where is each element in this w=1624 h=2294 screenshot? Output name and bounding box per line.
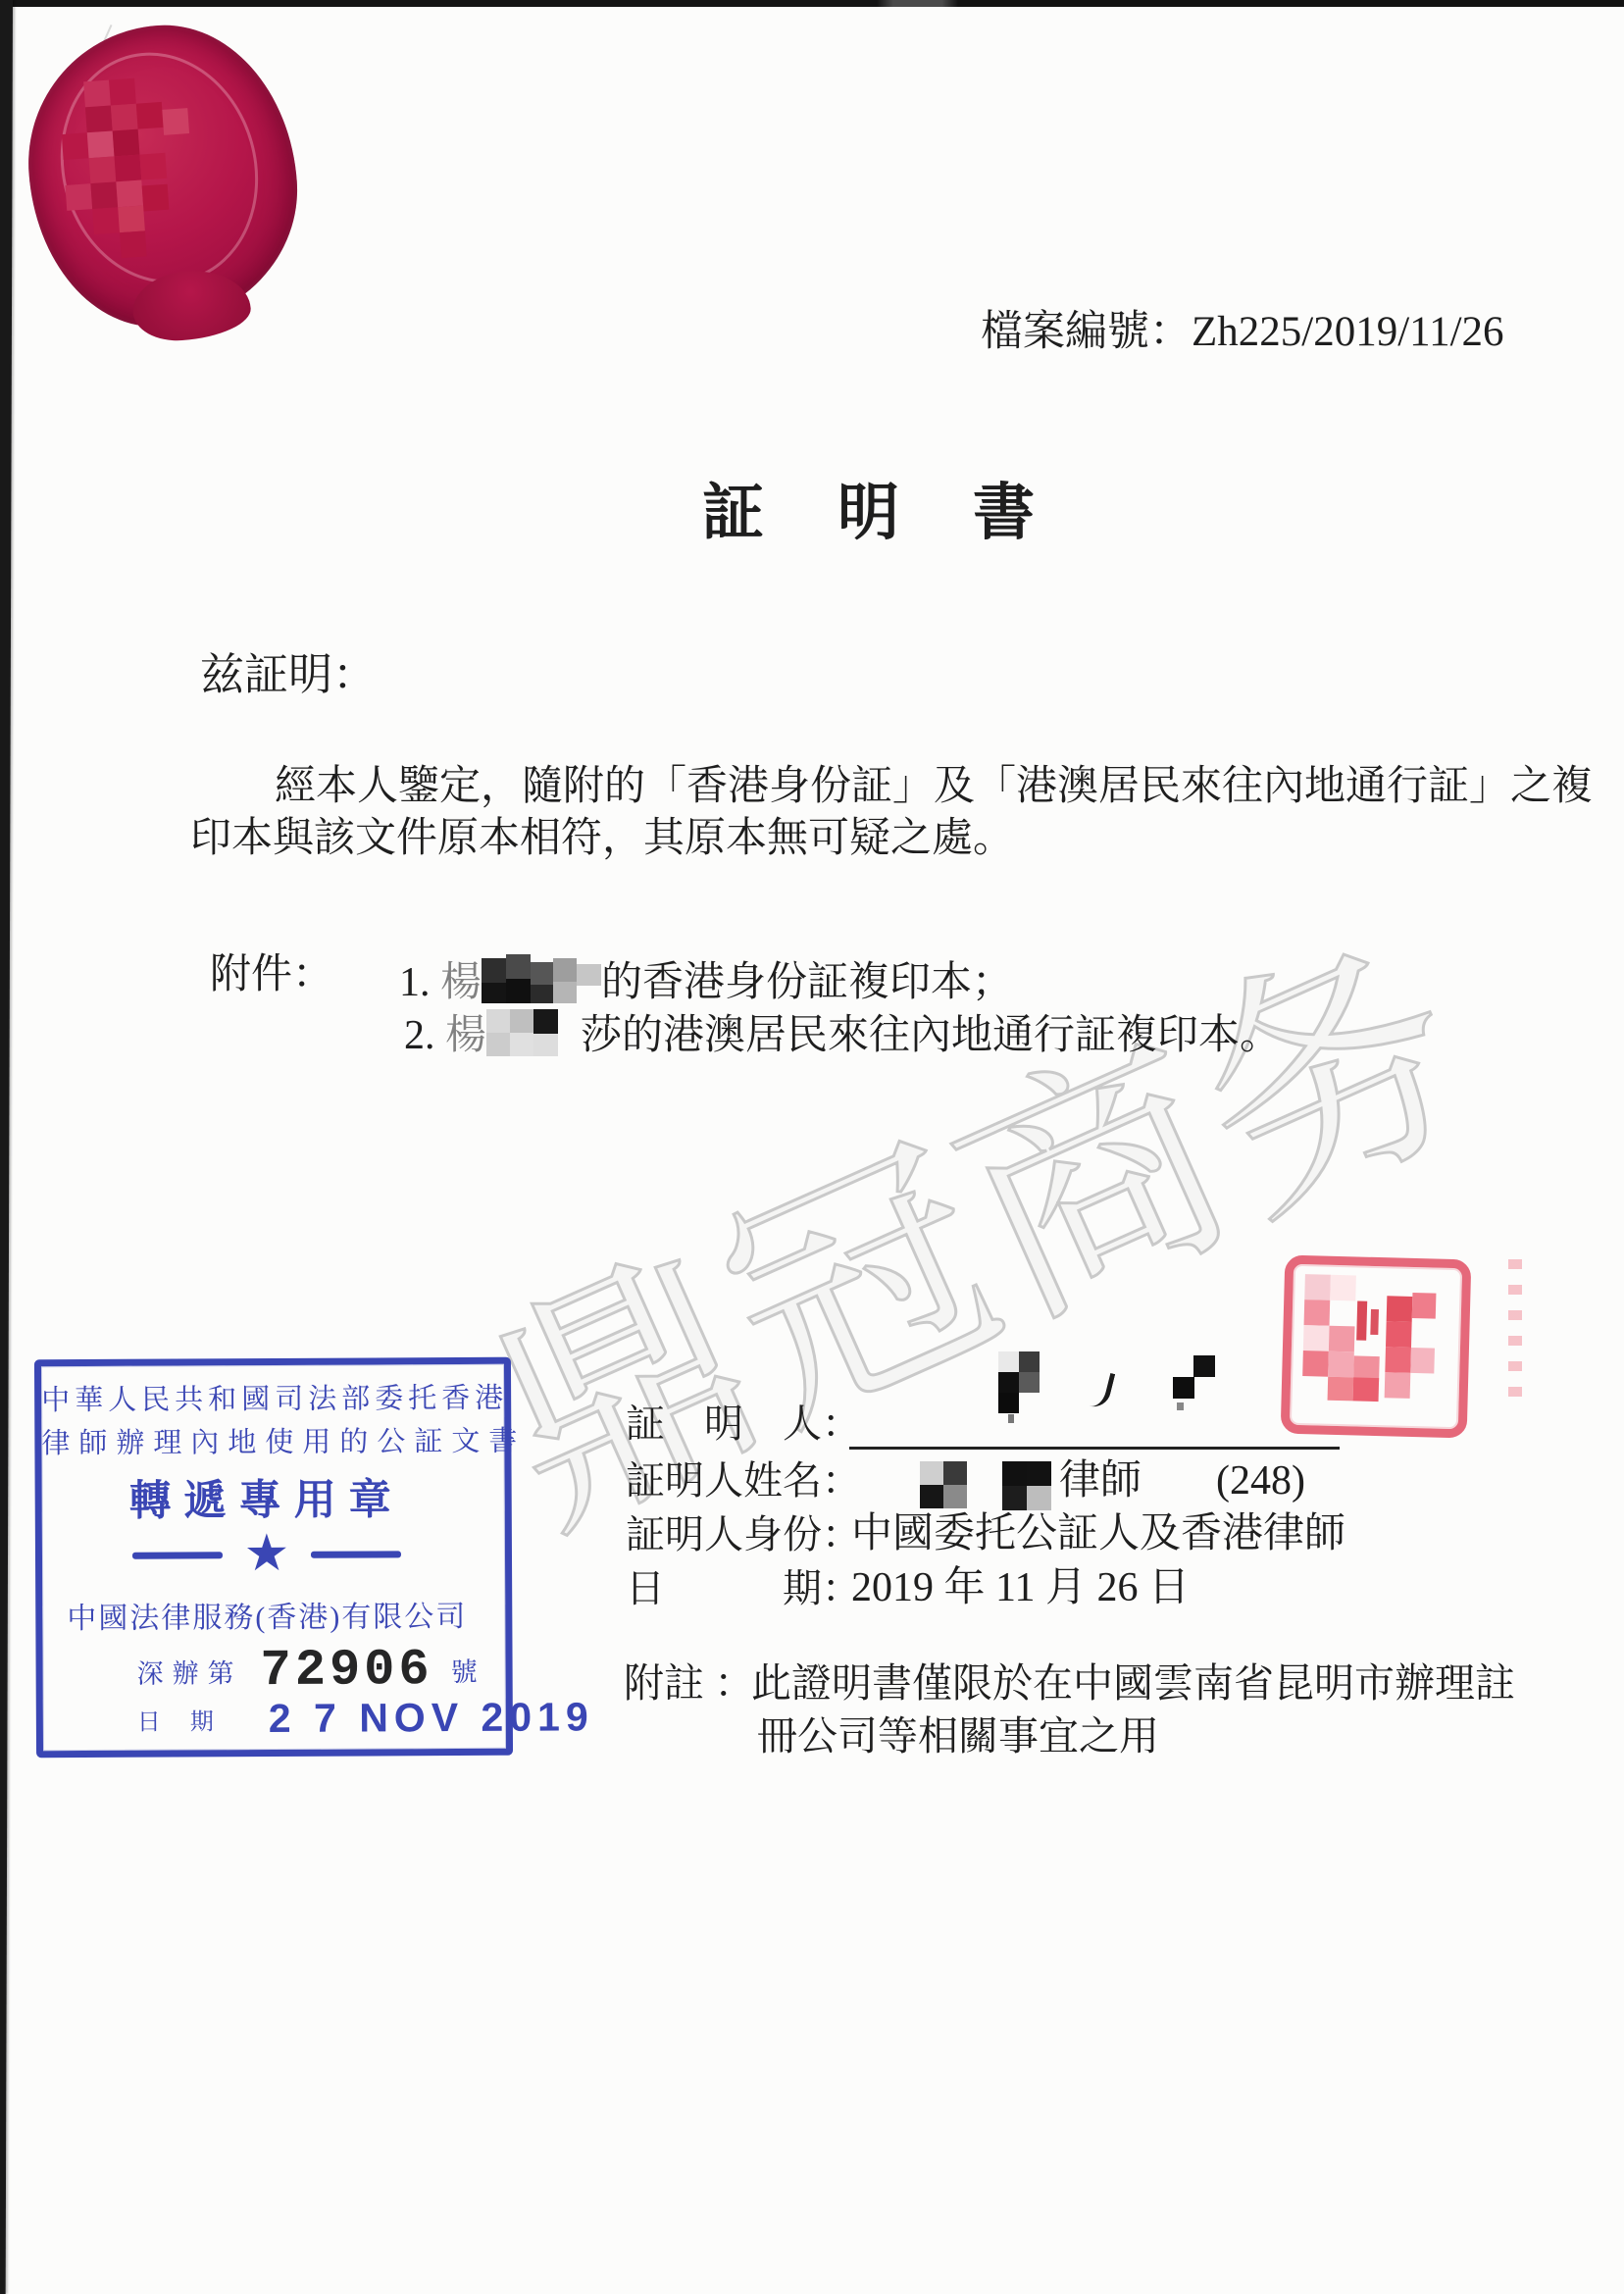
attachment-1-name-redaction <box>482 954 601 1003</box>
blue-stamp-star-row: ★ <box>42 1527 491 1582</box>
note-line-2: 冊公司等相關事宜之用 <box>757 1712 1159 1759</box>
identity-label: 証明人身份： <box>626 1511 861 1557</box>
scan-edge-top <box>0 0 1624 7</box>
scan-edge-left <box>0 0 13 2294</box>
note-label: 附註 ： <box>624 1659 754 1707</box>
red-chop-smudge <box>1508 1259 1522 1406</box>
wax-seal-redaction-pixel <box>109 78 136 106</box>
attachment-1-name-partial: 楊 <box>440 960 482 1005</box>
stamp-date-label: 日 期 <box>137 1702 226 1736</box>
serial-suffix: 號 <box>451 1650 478 1688</box>
attachment-2-name-redaction <box>486 1007 581 1056</box>
star-icon: ★ <box>244 1529 290 1580</box>
serial-prefix: 深辦第 <box>137 1652 243 1691</box>
body-line-2: 印本與該文件原本相符，其原本無可疑之處。 <box>190 805 1593 857</box>
wax-seal-redaction-pixel <box>87 130 115 158</box>
blue-stamp-serial-row: 深辦第 72906 號 <box>42 1641 491 1700</box>
name-redaction <box>920 1461 1057 1514</box>
identity-value: 中國委托公証人及香港律師 <box>851 1510 1345 1559</box>
blue-stamp-line-2: 律師辦理內地使用的公証文書 <box>41 1419 490 1461</box>
attachment-item-2: 2. 楊莎的港澳居民來往內地通行証複印本。 <box>404 1002 1281 1061</box>
certifier-label: 証 明 人： <box>626 1401 861 1447</box>
wax-seal-redaction-pixel <box>136 102 164 129</box>
star-left-bar <box>132 1552 223 1558</box>
wax-seal-redaction-pixel <box>89 156 117 183</box>
wax-seal-redaction-pixel <box>65 183 92 211</box>
blue-stamp-date-row: 日 期 2 7 NOV 2019 <box>43 1696 492 1741</box>
wax-seal-redaction-pixel <box>115 155 142 182</box>
signature-redaction-2 <box>1173 1355 1216 1414</box>
body-paragraph: 經本人鑒定，隨附的「香港身份証」及「港澳居民來往內地通行証」之複 印本與該文件原… <box>190 753 1593 857</box>
wax-seal-redaction-pixel <box>142 184 170 212</box>
name-value-number: (248) <box>1216 1457 1305 1506</box>
page-title: 証 明 書 <box>702 477 1040 549</box>
attachment-2-name-partial: 楊 <box>445 1013 486 1058</box>
wax-seal-redaction-pixel <box>162 108 189 135</box>
blue-stamp-heading: 轉遞專用章 <box>42 1466 491 1528</box>
wax-seal-redaction-pixel <box>90 181 118 209</box>
wax-seal-redaction-pixel <box>113 129 140 157</box>
wax-seal-redaction-pixel <box>92 207 120 234</box>
date-label: 日 期： <box>626 1565 861 1611</box>
attachment-2-number: 2. <box>404 1013 435 1058</box>
blue-stamp-company: 中國法律服務(香港)有限公司 <box>42 1592 491 1637</box>
wax-seal-redaction-pixel <box>139 153 167 180</box>
signature-redaction-1 <box>998 1351 1041 1416</box>
wax-seal-redaction-pixel <box>83 80 111 108</box>
body-line-1: 經本人鑒定，隨附的「香港身份証」及「港澳居民來往內地通行証」之複 <box>190 753 1593 805</box>
serial-number: 72906 <box>260 1641 432 1700</box>
attachment-2-name-visible: 莎 <box>581 1013 622 1058</box>
wax-seal-redaction-pixel <box>120 230 147 258</box>
scanned-certificate-page: 鼎冠商务 檔案編號：Zh225/2019/11/26 証 明 書 兹証明： 經本… <box>0 0 1624 2294</box>
signature-underline <box>849 1447 1340 1450</box>
wax-seal-redaction-pixel <box>116 180 143 208</box>
blue-transfer-stamp: 中華人民共和國司法部委托香港 律師辦理內地使用的公証文書 轉遞專用章 ★ 中國法… <box>34 1357 513 1759</box>
stamp-date-value: 2 7 NOV 2019 <box>269 1694 594 1742</box>
attachments-label: 附件： <box>210 951 333 1000</box>
blue-stamp-line-1: 中華人民共和國司法部委托香港 <box>41 1376 490 1418</box>
wax-seal-redaction-pixel <box>85 106 113 133</box>
attachment-item-1: 1. 楊的香港身份証複印本； <box>399 949 1013 1008</box>
attachment-1-number: 1. <box>399 960 431 1005</box>
file-number: 檔案編號：Zh225/2019/11/26 <box>981 308 1504 358</box>
name-value-title: 律師 <box>1059 1457 1142 1506</box>
star-right-bar <box>311 1551 401 1557</box>
wax-seal <box>20 17 307 334</box>
attachment-1-text: 的香港身份証複印本； <box>601 960 1013 1005</box>
signature-comma-stroke <box>1087 1369 1116 1410</box>
wax-seal-redaction-pixel <box>111 104 138 131</box>
wax-seal-redaction-pixel <box>118 205 145 232</box>
name-label: 証明人姓名： <box>626 1457 861 1504</box>
date-value: 2019 年 11 月 26 日 <box>851 1564 1190 1613</box>
wax-seal-redaction-pixel <box>62 132 89 160</box>
note-line-1: 此證明書僅限於在中國雲南省昆明市辦理註 <box>751 1659 1515 1707</box>
attachment-2-text: 的港澳居民來往內地通行証複印本。 <box>622 1013 1281 1058</box>
salutation: 兹証明： <box>200 649 377 701</box>
red-signature-chop <box>1281 1255 1472 1439</box>
